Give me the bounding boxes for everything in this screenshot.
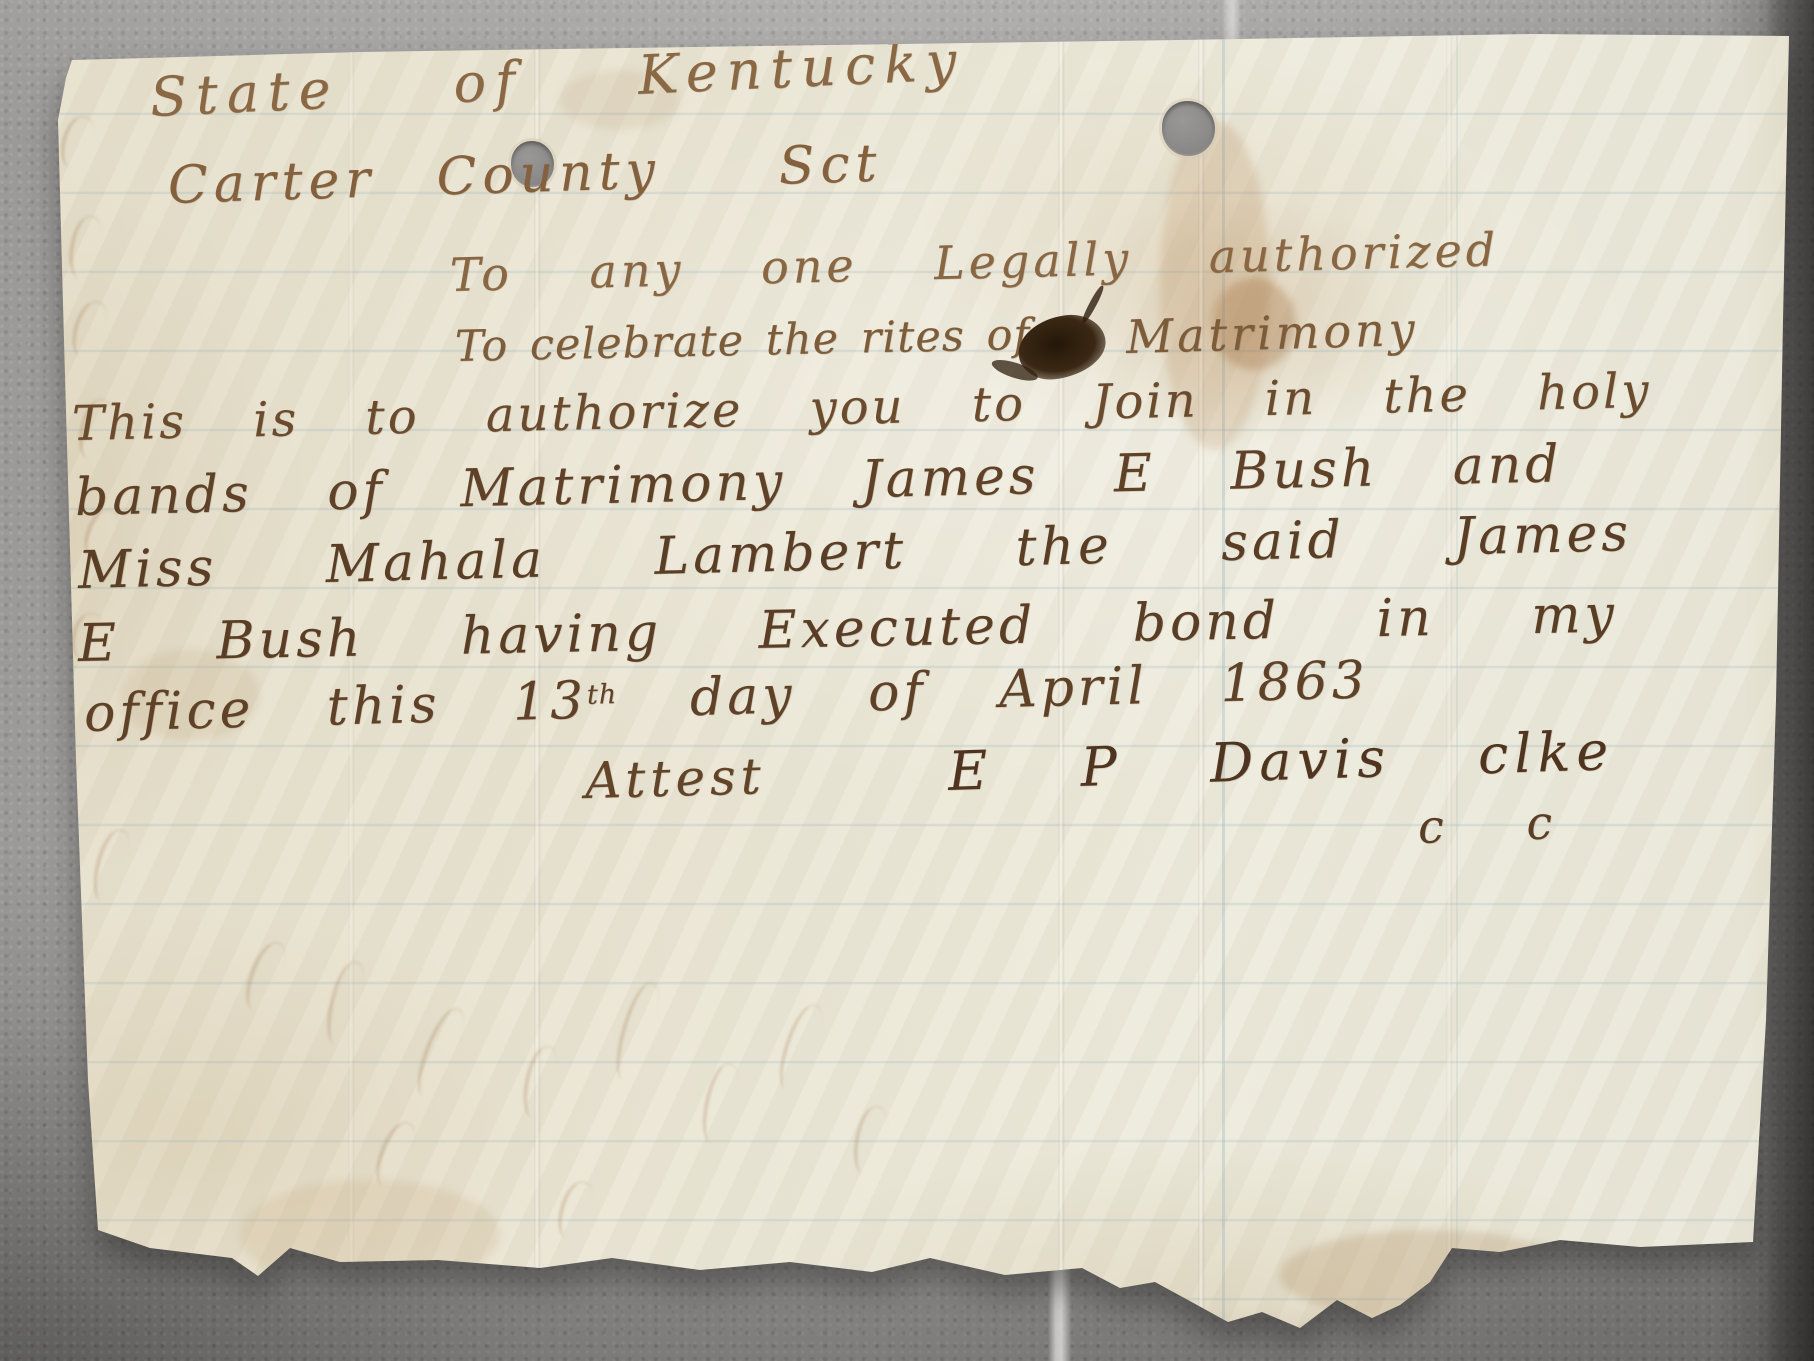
date-ordinal-suffix: th xyxy=(587,679,618,711)
stain-bottom-left xyxy=(240,1180,500,1290)
spacer xyxy=(661,184,779,188)
attest-label: Attest xyxy=(584,747,766,810)
fold-crease-5 xyxy=(1446,0,1453,1361)
photo-of-document: State of Kentucky Carter CountySct To an… xyxy=(0,0,1814,1361)
county-suffix: Sct xyxy=(778,134,883,197)
stain-bottom-tear xyxy=(1280,1230,1580,1320)
signature-flourish: c c xyxy=(1417,794,1587,854)
paper-document: State of Kentucky Carter CountySct To an… xyxy=(0,0,1814,1361)
doc-line-address2b: Matrimony xyxy=(1125,302,1419,364)
hole-punch-right xyxy=(1162,101,1215,156)
paper-document-wrapper: State of Kentucky Carter CountySct To an… xyxy=(0,0,1814,1361)
